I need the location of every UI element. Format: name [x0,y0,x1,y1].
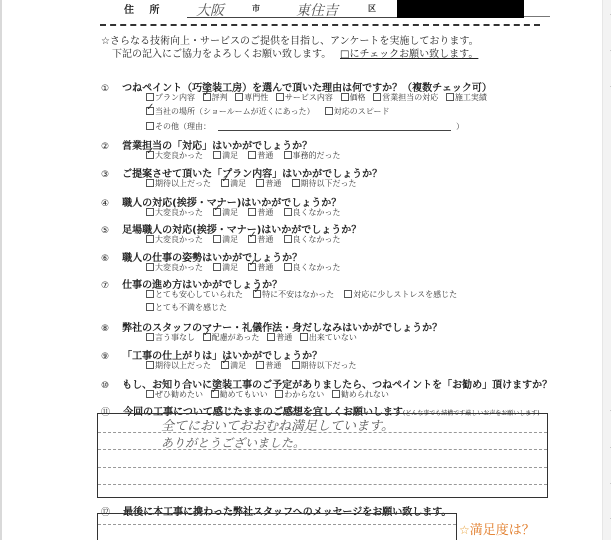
q7-options-row-2: とても不満を感じた [146,302,227,313]
ruled-line [98,467,547,468]
checkbox[interactable] [248,151,256,159]
checkbox[interactable] [276,93,284,101]
option[interactable]: 普通 [256,179,281,188]
dashed-separator [100,24,540,26]
option[interactable]: 大変良かった [146,208,203,217]
q5-options: 大変良かった 満足 普通 良くなかった [146,234,341,245]
option[interactable]: 事務的だった [284,151,341,160]
option-expertise[interactable]: 専門性 [235,93,268,102]
other-close-paren: ） [456,121,464,132]
checkbox[interactable] [146,333,154,341]
option-speed[interactable]: 対応のスピード [325,107,390,116]
question-number: ④ [101,199,109,209]
option[interactable]: 期待以上だった [146,361,211,370]
checkbox[interactable] [248,208,256,216]
checkbox[interactable] [146,179,154,187]
question-number: ⑥ [101,254,109,264]
option[interactable]: 言う事なし [146,333,195,342]
option[interactable]: わからない [275,390,324,399]
option[interactable]: 期待以上だった [146,179,211,188]
checkbox[interactable] [146,235,154,243]
checkbox-checked[interactable] [248,263,256,271]
redacted-block [397,0,524,18]
q6-options: 大変良かった 満足 普通 良くなかった [146,262,341,273]
checkbox[interactable] [256,361,264,369]
checkbox[interactable] [284,151,292,159]
option[interactable]: 普通 [256,361,281,370]
checkbox-checked[interactable] [146,107,154,115]
checkbox[interactable] [373,93,381,101]
question-number: ③ [101,170,109,180]
option[interactable]: 普通 [248,235,273,244]
scrollbar-track[interactable] [602,0,611,540]
option[interactable]: 満足 [213,151,238,160]
option[interactable]: 特に不安はなかった [253,290,334,299]
checkbox[interactable] [325,107,333,115]
q3-options: 期待以上だった 満足 普通 期待以下だった [146,178,357,189]
checkbox-checked[interactable] [221,361,229,369]
intro-check-note: □にチェックお願い致します。 [340,45,478,60]
option[interactable]: 期待以下だった [292,179,357,188]
option-location[interactable]: 当社の場所（ショールームが近くにあった） [146,107,315,116]
star-icon: ☆ [459,523,470,537]
page-left-border [0,0,2,540]
option[interactable]: 満足 [221,179,246,188]
checkbox[interactable] [284,235,292,243]
checkbox-checked[interactable] [213,208,221,216]
option[interactable]: 大変良かった [146,151,203,160]
ruled-line [98,524,456,525]
option[interactable]: 満足 [221,361,246,370]
checkbox[interactable] [146,303,154,311]
option[interactable]: 出来ていない [300,333,357,342]
option[interactable]: 普通 [248,208,273,217]
q2-options: 大変良かった 満足 普通 事務的だった [146,150,341,161]
q7-options-row-1: とても安心していられた 特に不安はなかった 対応に少しストレスを感じた [146,289,457,300]
checkbox[interactable] [275,390,283,398]
question-number: ⑤ [101,226,109,236]
q1-options-row-3: その他（理由： [146,121,211,132]
option[interactable]: とても安心していられた [146,290,243,299]
q10-options: ぜひ勧めたい 勧めてもいい わからない 勧められない [146,389,389,400]
checkbox-checked[interactable] [253,290,261,298]
checkbox[interactable] [344,290,352,298]
option-sales-response[interactable]: 営業担当の対応 [373,93,438,102]
q1-options-row-2: 当社の場所（ショールームが近くにあった） 対応のスピード [146,106,389,117]
option[interactable]: 勧めてもいい [211,390,268,399]
checkbox[interactable] [446,93,454,101]
checkbox[interactable] [213,235,221,243]
question-number: ⑨ [101,352,109,362]
checkbox-checked[interactable] [211,390,219,398]
option[interactable]: とても不満を感じた [146,303,227,312]
checkbox[interactable] [300,333,308,341]
address-city-handwritten: 大阪 [196,0,224,20]
address-ward-suffix: 区 [368,3,376,14]
checkbox-checked[interactable] [203,333,211,341]
checkbox[interactable] [146,390,154,398]
question-number: ⑩ [101,381,109,391]
other-reason-field[interactable] [218,130,451,131]
option[interactable]: 良くなかった [284,208,341,217]
option[interactable]: 普通 [248,151,273,160]
handwritten-comment-line-1: 全てにおいておおむね満足しています。 [161,415,394,434]
staff-message-textarea[interactable] [97,513,457,540]
checkbox[interactable] [292,179,300,187]
option-service[interactable]: サービス内容 [276,93,333,102]
option[interactable]: 満足 [213,235,238,244]
checkbox[interactable] [267,333,275,341]
checkbox[interactable] [146,263,154,271]
option[interactable]: 配慮があった [203,333,260,342]
option-plan[interactable]: プラン内容 [146,93,195,102]
checkbox-checked[interactable] [146,151,154,159]
checkbox[interactable] [146,122,154,130]
ruled-line [98,484,547,485]
q4-options: 大変良かった 満足 普通 良くなかった [146,207,341,218]
option[interactable]: 期待以下だった [292,361,357,370]
question-number: ⑦ [101,281,109,291]
option[interactable]: 大変良かった [146,235,203,244]
checkbox[interactable] [332,390,340,398]
intro-line-2: 下記の記入にご協力をよろしくお願い致します。 [112,45,331,60]
handwritten-comment-line-2: ありがとうございました。 [161,434,305,451]
option-other[interactable]: その他（理由： [146,122,211,131]
question-number: ⑧ [101,324,109,334]
option-price[interactable]: 価格 [341,93,366,102]
checkbox-checked[interactable] [203,93,211,101]
address-label: 住 所 [124,1,165,16]
option[interactable]: 普通 [267,333,292,342]
option-reputation[interactable]: 評判 [203,93,228,102]
option[interactable]: 普通 [248,263,273,272]
checkbox[interactable] [146,361,154,369]
option[interactable]: ぜひ勧めたい [146,390,203,399]
option[interactable]: 大変良かった [146,263,203,272]
address-ward-handwritten: 東住吉 [296,0,338,20]
option[interactable]: 良くなかった [284,263,341,272]
checkbox-checked[interactable] [248,235,256,243]
q9-options: 期待以上だった 満足 普通 期待以下だった [146,360,357,371]
option[interactable]: 対応に少しストレスを感じた [344,290,457,299]
option[interactable]: 良くなかった [284,235,341,244]
checkbox[interactable] [146,208,154,216]
question-number: ② [101,142,109,152]
q1-options-row-1: プラン内容 評判 専門性 サービス内容 価格 営業担当の対応 施工実績 [146,92,487,103]
option[interactable]: 満足 [213,208,238,217]
satisfaction-label: ☆満足度は？ [459,519,535,538]
satisfaction-text: 満足度は？ [470,523,535,538]
checkbox[interactable] [292,361,300,369]
checkbox[interactable] [213,151,221,159]
q8-options: 言う事なし 配慮があった 普通 出来ていない [146,332,357,343]
checkbox[interactable] [213,263,221,271]
checkbox[interactable] [256,179,264,187]
address-city-suffix: 市 [252,3,260,14]
comment-textarea[interactable]: 全てにおいておおむね満足しています。 ありがとうございました。 [97,413,548,498]
option[interactable]: 満足 [213,263,238,272]
checkbox[interactable] [284,208,292,216]
checkbox-checked[interactable] [221,179,229,187]
checkbox[interactable] [235,93,243,101]
checkbox[interactable] [146,290,154,298]
checkbox[interactable] [146,93,154,101]
question-number: ① [101,84,109,94]
option-track-record[interactable]: 施工実績 [446,93,487,102]
option[interactable]: 勧められない [332,390,389,399]
checkbox[interactable] [284,263,292,271]
checkbox[interactable] [341,93,349,101]
